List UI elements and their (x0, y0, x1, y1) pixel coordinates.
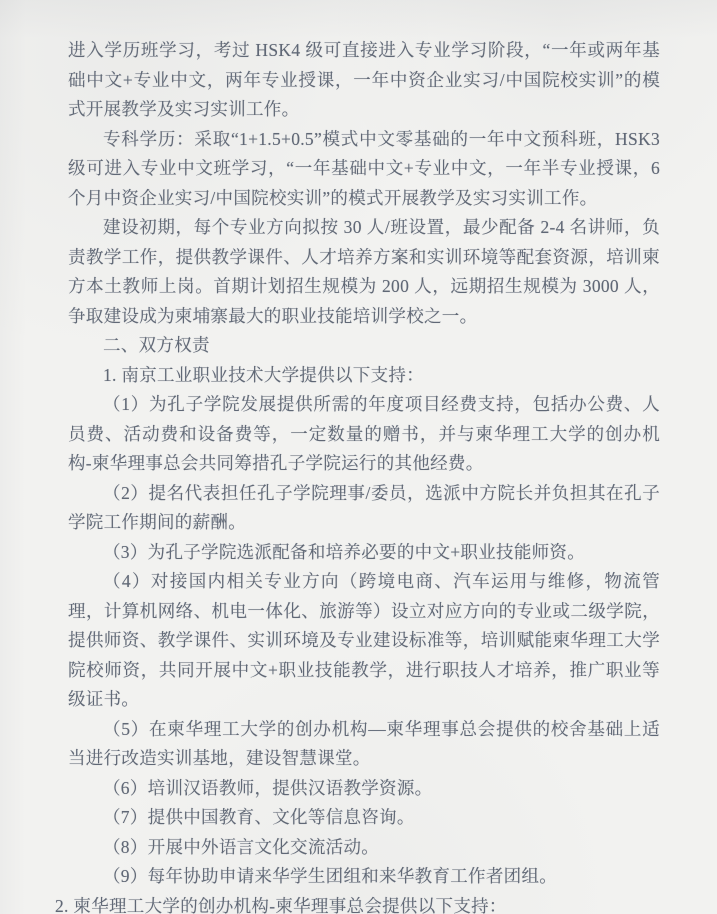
clause-1-annual-funding: （1）为孔子学院发展提供所需的年度项目经费支持，包括办公费、人员费、活动费和设备… (68, 390, 660, 479)
document-text-block: 进入学历班学习，考过 HSK4 级可直接进入专业学习阶段，“一年或两年基础中文+… (68, 36, 660, 914)
clause-2-board-members-dean: （2）提名代表担任孔子学院理事/委员，选派中方院长并负担其在孔子学院工作期间的薪… (68, 479, 660, 538)
clause-9-china-visit-groups: （9）每年协助申请来华学生团组和来华教育工作者团组。 (68, 862, 660, 892)
scanned-document-page: 进入学历班学习，考过 HSK4 级可直接进入专业学习阶段，“一年或两年基础中文+… (0, 0, 717, 914)
clause-7-information-consulting: （7）提供中国教育、文化等信息咨询。 (68, 803, 660, 833)
paragraph-associate-degree-mode: 专科学历：采取“1+1.5+0.5”模式中文零基础的一年中文预科班，HSK3 级… (68, 125, 660, 214)
clause-4-major-alignment: （4）对接国内相关专业方向（跨境电商、汽车运用与维修，物流管理，计算机网络、机电… (68, 567, 660, 715)
paragraph-initial-construction-plan: 建设初期，每个专业方向拟按 30 人/班设置，最少配备 2-4 名讲师，负责教学… (68, 213, 660, 331)
clause-3-teaching-staff: （3）为孔子学院选派配备和培养必要的中文+职业技能师资。 (68, 538, 660, 568)
item-1-nanjing-university-support: 1. 南京工业职业技术大学提供以下支持： (68, 361, 660, 391)
clause-6-chinese-teacher-training: （6）培训汉语教师，提供汉语教学资源。 (68, 774, 660, 804)
item-2-cambodia-association-support: 2. 柬华理工大学的创办机构-柬华理事总会提供以下支持： (55, 892, 660, 914)
clause-5-training-base-upgrade: （5）在柬华理工大学的创办机构—柬华理事总会提供的校舍基础上适当进行改造实训基地… (68, 715, 660, 774)
clause-8-exchange-activities: （8）开展中外语言文化交流活动。 (68, 833, 660, 863)
paragraph-bachelor-mode-continuation: 进入学历班学习，考过 HSK4 级可直接进入专业学习阶段，“一年或两年基础中文+… (68, 36, 660, 125)
section-heading-rights-duties: 二、双方权责 (68, 331, 660, 361)
